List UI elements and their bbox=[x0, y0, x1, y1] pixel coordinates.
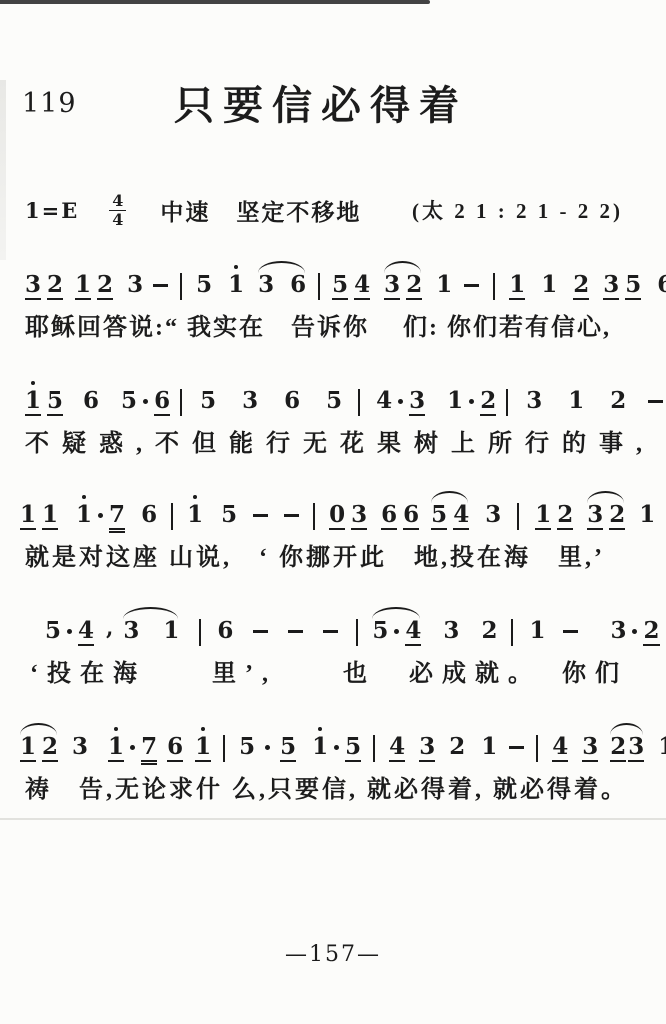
music-line: 1565653654312312不疑惑,不但能行无花果树上所行的事, bbox=[25, 370, 656, 458]
note-group: 5 bbox=[47, 389, 63, 416]
scan-artifact-faint-line bbox=[0, 818, 666, 820]
note: 1 bbox=[535, 503, 551, 530]
note: 6 bbox=[141, 503, 157, 530]
note-group: 4 bbox=[354, 273, 370, 300]
lyrics-line: 祷 告,无论求什 么,只要信, 就必得着, 就必得着。 bbox=[25, 769, 656, 804]
augmentation-dot bbox=[334, 745, 339, 750]
augmentation-dot bbox=[632, 629, 637, 634]
note: 1 bbox=[75, 273, 91, 300]
augmentation-dot bbox=[394, 629, 399, 634]
note-group: 2 bbox=[557, 503, 573, 530]
note: 3 bbox=[127, 273, 143, 300]
note-group bbox=[511, 619, 513, 646]
note: 6 bbox=[154, 389, 170, 416]
dash-extension bbox=[563, 630, 578, 633]
note: 6 bbox=[403, 503, 419, 530]
notation-row: 54,3165432132 bbox=[45, 600, 656, 646]
lyrics-line: 就是对这座 山说, ‘ 你挪开此 地,投在海 里,’ bbox=[25, 537, 656, 572]
note: 7 bbox=[109, 503, 125, 530]
note-group bbox=[334, 745, 339, 762]
note: 3 bbox=[610, 619, 626, 646]
barline bbox=[313, 503, 315, 530]
barline bbox=[318, 273, 320, 300]
lyrics-line: ‘投在海 里’, 也 必成就。 你们 bbox=[30, 653, 656, 688]
note-group: 2 bbox=[47, 273, 63, 300]
note-group bbox=[469, 399, 474, 416]
note-group bbox=[509, 746, 524, 762]
slur-group: 36 bbox=[258, 273, 306, 300]
note-group bbox=[536, 735, 538, 762]
note-group: 1 bbox=[108, 735, 124, 762]
barline bbox=[223, 735, 225, 762]
time-signature: 4 4 bbox=[109, 192, 126, 228]
note: 2 bbox=[609, 503, 625, 530]
barline bbox=[171, 503, 173, 530]
music-header: 1=E 4 4 中速 坚定不移地 (太 2 1 : 2 1 - 2 2) bbox=[25, 192, 641, 228]
note-group: 3 bbox=[409, 389, 425, 416]
note-group: 2 bbox=[481, 619, 497, 646]
note: 4 bbox=[405, 619, 421, 646]
slur-group: 32 bbox=[587, 503, 625, 530]
note: 4 bbox=[453, 503, 469, 530]
note-group: 1 bbox=[75, 273, 91, 300]
note: 5 bbox=[345, 735, 361, 762]
barline bbox=[199, 619, 201, 646]
dash-extension bbox=[464, 284, 479, 287]
note: 1 bbox=[163, 619, 179, 646]
note: 3 bbox=[582, 735, 598, 762]
note-group: 6 bbox=[141, 503, 157, 530]
note: 3 bbox=[384, 273, 400, 300]
barline bbox=[511, 619, 513, 646]
note-group: 6 bbox=[154, 389, 170, 416]
note-group: 7 bbox=[109, 503, 125, 530]
note: 3 bbox=[419, 735, 435, 762]
note-group bbox=[199, 619, 201, 646]
note: 1 bbox=[639, 503, 655, 530]
note-group: 3 bbox=[610, 619, 626, 646]
note-group: 5 bbox=[280, 735, 296, 762]
note: 4 bbox=[78, 619, 94, 646]
note-group: 1 bbox=[509, 273, 525, 300]
slur-group: 54 bbox=[431, 503, 469, 530]
note-group: 3 bbox=[603, 273, 619, 300]
note-group bbox=[632, 629, 637, 646]
barline bbox=[517, 503, 519, 530]
note-group: 0 bbox=[329, 503, 345, 530]
note-group: 5 bbox=[332, 273, 348, 300]
note-group bbox=[288, 630, 303, 646]
note-group: 1 bbox=[436, 273, 452, 300]
note-group: 1 bbox=[25, 389, 41, 416]
note-group: 3 bbox=[351, 503, 367, 530]
note: 2 bbox=[42, 735, 58, 762]
note-group: 5 bbox=[200, 389, 216, 416]
note-group: 1 bbox=[312, 735, 328, 762]
barline bbox=[373, 735, 375, 762]
note: 1 bbox=[541, 273, 557, 300]
note: 5 bbox=[221, 503, 237, 530]
page-number: —157— bbox=[0, 942, 666, 967]
note: 1 bbox=[509, 273, 525, 300]
note: 2 bbox=[610, 389, 626, 416]
note-group: 3 bbox=[485, 503, 501, 530]
note-group: 6 bbox=[284, 389, 300, 416]
note-group: 5 bbox=[625, 273, 641, 300]
note: 1 bbox=[20, 503, 36, 530]
note: 2 bbox=[643, 619, 659, 646]
note-group: 1 bbox=[541, 273, 557, 300]
note-group: 2 bbox=[643, 619, 659, 646]
note: 1 bbox=[42, 503, 58, 530]
note-group: 1 bbox=[187, 503, 203, 530]
dash-extension bbox=[323, 630, 338, 633]
note: 3 bbox=[351, 503, 367, 530]
barline bbox=[358, 389, 360, 416]
note-group: 4 bbox=[78, 619, 94, 646]
note: 2 bbox=[47, 273, 63, 300]
note-group: 5 bbox=[221, 503, 237, 530]
music-line: 54,3165432132‘投在海 里’, 也 必成就。 你们 bbox=[25, 600, 656, 688]
note: 5 bbox=[45, 619, 61, 646]
barline bbox=[506, 389, 508, 416]
note-group bbox=[253, 630, 268, 646]
note-group: 3 bbox=[72, 735, 88, 762]
note-group bbox=[464, 284, 479, 300]
note-group: 5 bbox=[239, 735, 255, 762]
note-group: 3 bbox=[582, 735, 598, 762]
note: 5 bbox=[196, 273, 212, 300]
music-line: 12317615515432143231祷 告,无论求什 么,只要信, 就必得着… bbox=[25, 716, 656, 804]
note-group: 3 bbox=[242, 389, 258, 416]
note-group: 1 bbox=[568, 389, 584, 416]
note: 1 bbox=[195, 735, 211, 762]
slur-group: 31 bbox=[123, 619, 179, 646]
note: 1 bbox=[447, 389, 463, 416]
note: 5 bbox=[431, 503, 447, 530]
note: 4 bbox=[376, 389, 392, 416]
note-group: 5 bbox=[121, 389, 137, 416]
note-group: 3 bbox=[25, 273, 41, 300]
note-group bbox=[130, 745, 135, 762]
note: 2 bbox=[610, 735, 626, 762]
note-group: 6 bbox=[167, 735, 183, 762]
augmentation-dot bbox=[67, 629, 72, 634]
note-group: 1 bbox=[535, 503, 551, 530]
note-group: 6 bbox=[217, 619, 233, 646]
notation-row: 1565653654312312 bbox=[25, 370, 656, 416]
note-group bbox=[180, 273, 182, 300]
dash-extension bbox=[153, 284, 168, 287]
note: 5 bbox=[332, 273, 348, 300]
note-group: 6 bbox=[83, 389, 99, 416]
note-group bbox=[171, 503, 173, 530]
note-group bbox=[265, 745, 270, 762]
note-group: 7 bbox=[141, 735, 157, 762]
note-group: 1 bbox=[42, 503, 58, 530]
note: 2 bbox=[573, 273, 589, 300]
note: 2 bbox=[557, 503, 573, 530]
note: 2 bbox=[406, 273, 422, 300]
note: 3 bbox=[443, 619, 459, 646]
note-group bbox=[506, 389, 508, 416]
note-group: 4 bbox=[389, 735, 405, 762]
note-group: 6 bbox=[403, 503, 419, 530]
note-group: 2 bbox=[480, 389, 496, 416]
note-group: 3 bbox=[526, 389, 542, 416]
note: 2 bbox=[480, 389, 496, 416]
dash-extension bbox=[648, 400, 663, 403]
note: 5 bbox=[280, 735, 296, 762]
barline bbox=[536, 735, 538, 762]
note-group: 1 bbox=[76, 503, 92, 530]
slur-group: 23 bbox=[610, 735, 644, 762]
note-group: 1 bbox=[195, 735, 211, 762]
note-group: 2 bbox=[573, 273, 589, 300]
note-group: 5 bbox=[345, 735, 361, 762]
music-line: 1117615036654312321就是对这座 山说, ‘ 你挪开此 地,投在… bbox=[25, 484, 656, 572]
note: 4 bbox=[552, 735, 568, 762]
note: 5 bbox=[121, 389, 137, 416]
note: 6 bbox=[167, 735, 183, 762]
note: 3 bbox=[409, 389, 425, 416]
note-group: 3 bbox=[443, 619, 459, 646]
augmentation-dot bbox=[469, 399, 474, 404]
hymn-title: 只要信必得着 bbox=[0, 74, 654, 131]
note: 5 bbox=[47, 389, 63, 416]
note-group: 3 bbox=[419, 735, 435, 762]
augmentation-dot bbox=[398, 399, 403, 404]
note: 2 bbox=[481, 619, 497, 646]
slur-group: 12 bbox=[20, 735, 58, 762]
note-group bbox=[323, 630, 338, 646]
note: 5 bbox=[326, 389, 342, 416]
note: 4 bbox=[354, 273, 370, 300]
note: 3 bbox=[242, 389, 258, 416]
note-group bbox=[318, 273, 320, 300]
note: 5 bbox=[625, 273, 641, 300]
note-group bbox=[67, 629, 72, 646]
note: 6 bbox=[657, 273, 666, 300]
breath-mark: , bbox=[106, 617, 113, 638]
barline bbox=[180, 273, 182, 300]
note-group: 1 bbox=[447, 389, 463, 416]
note: 3 bbox=[72, 735, 88, 762]
note-group: 5 bbox=[45, 619, 61, 646]
note-group: 1 bbox=[481, 735, 497, 762]
note: 1 bbox=[658, 735, 666, 762]
note: 1 bbox=[76, 503, 92, 530]
note-group: 3 bbox=[127, 273, 143, 300]
note: 3 bbox=[485, 503, 501, 530]
expression-marking: 坚定不移地 bbox=[236, 194, 361, 227]
note-group bbox=[180, 389, 182, 416]
note-group bbox=[398, 399, 403, 416]
note-group bbox=[517, 503, 519, 530]
note: 5 bbox=[200, 389, 216, 416]
note-group: 6 bbox=[657, 273, 666, 300]
note: 3 bbox=[123, 619, 139, 646]
note-group bbox=[358, 389, 360, 416]
note-group bbox=[648, 400, 663, 416]
dash-extension bbox=[253, 630, 268, 633]
note-group: 1 bbox=[658, 735, 666, 762]
note: 5 bbox=[239, 735, 255, 762]
note-group: 2 bbox=[97, 273, 113, 300]
note: 2 bbox=[449, 735, 465, 762]
note: 1 bbox=[108, 735, 124, 762]
notation-row: 12317615515432143231 bbox=[20, 716, 656, 762]
note-group bbox=[373, 735, 375, 762]
scripture-reference: (太 2 1 : 2 1 - 2 2) bbox=[412, 195, 623, 225]
lyrics-line: 不疑惑,不但能行无花果树上所行的事, bbox=[25, 423, 656, 458]
tempo-marking: 中速 bbox=[160, 194, 210, 227]
note: 1 bbox=[481, 735, 497, 762]
note: 1 bbox=[529, 619, 545, 646]
note: 3 bbox=[258, 273, 274, 300]
note: 1 bbox=[25, 389, 41, 416]
note: 3 bbox=[25, 273, 41, 300]
augmentation-dot bbox=[143, 399, 148, 404]
time-signature-denominator: 4 bbox=[112, 211, 123, 229]
note: 4 bbox=[389, 735, 405, 762]
note: 1 bbox=[20, 735, 36, 762]
time-signature-numerator: 4 bbox=[109, 192, 126, 211]
note: 6 bbox=[290, 273, 306, 300]
slur-group: 32 bbox=[384, 273, 422, 300]
note: 1 bbox=[187, 503, 203, 530]
lyrics-line: 耶稣回答说:“ 我实在 告诉你 们: 你们若有信心, bbox=[25, 307, 656, 342]
dash-extension bbox=[284, 514, 299, 517]
note-group bbox=[153, 284, 168, 300]
note-group bbox=[563, 630, 578, 646]
rest-note: 0 bbox=[329, 503, 345, 530]
note: 1 bbox=[436, 273, 452, 300]
notation-row: 1117615036654312321 bbox=[20, 484, 656, 530]
note-group: 1 bbox=[639, 503, 655, 530]
note-group bbox=[223, 735, 225, 762]
dash-extension bbox=[253, 514, 268, 517]
key-signature: 1=E bbox=[25, 198, 79, 223]
dash-extension bbox=[288, 630, 303, 633]
note-group: , bbox=[106, 617, 113, 646]
note: 1 bbox=[228, 273, 244, 300]
note-group: 1 bbox=[228, 273, 244, 300]
note: 7 bbox=[141, 735, 157, 762]
note: 1 bbox=[568, 389, 584, 416]
note: 3 bbox=[628, 735, 644, 762]
notation-row: 32123513654321112356 bbox=[25, 254, 656, 300]
augmentation-dot bbox=[265, 745, 270, 750]
note-group: 1 bbox=[20, 503, 36, 530]
note-group: 2 bbox=[449, 735, 465, 762]
note: 6 bbox=[284, 389, 300, 416]
hymn-page: 119 只要信必得着 1=E 4 4 中速 坚定不移地 (太 2 1 : 2 1… bbox=[0, 0, 666, 1024]
note-group: 6 bbox=[381, 503, 397, 530]
note-group bbox=[98, 513, 103, 530]
note-group: 2 bbox=[610, 389, 626, 416]
scan-artifact-top-line bbox=[0, 0, 430, 4]
barline bbox=[180, 389, 182, 416]
note-group: 4 bbox=[552, 735, 568, 762]
note: 5 bbox=[372, 619, 388, 646]
note-group: 5 bbox=[196, 273, 212, 300]
note: 3 bbox=[603, 273, 619, 300]
dash-extension bbox=[509, 746, 524, 749]
note: 3 bbox=[587, 503, 603, 530]
note: 6 bbox=[381, 503, 397, 530]
augmentation-dot bbox=[98, 513, 103, 518]
note: 3 bbox=[526, 389, 542, 416]
note-group bbox=[356, 619, 358, 646]
note: 6 bbox=[83, 389, 99, 416]
note-group bbox=[143, 399, 148, 416]
note-group bbox=[313, 503, 315, 530]
barline bbox=[493, 273, 495, 300]
note: 1 bbox=[312, 735, 328, 762]
note: 6 bbox=[217, 619, 233, 646]
augmentation-dot bbox=[130, 745, 135, 750]
note: 2 bbox=[97, 273, 113, 300]
note-group bbox=[493, 273, 495, 300]
barline bbox=[356, 619, 358, 646]
note-group bbox=[284, 514, 299, 530]
slur-group: 54 bbox=[372, 619, 421, 646]
note-group: 4 bbox=[376, 389, 392, 416]
note-group bbox=[253, 514, 268, 530]
music-line: 32123513654321112356耶稣回答说:“ 我实在 告诉你 们: 你… bbox=[25, 254, 656, 342]
note-group: 1 bbox=[529, 619, 545, 646]
note-group: 5 bbox=[326, 389, 342, 416]
